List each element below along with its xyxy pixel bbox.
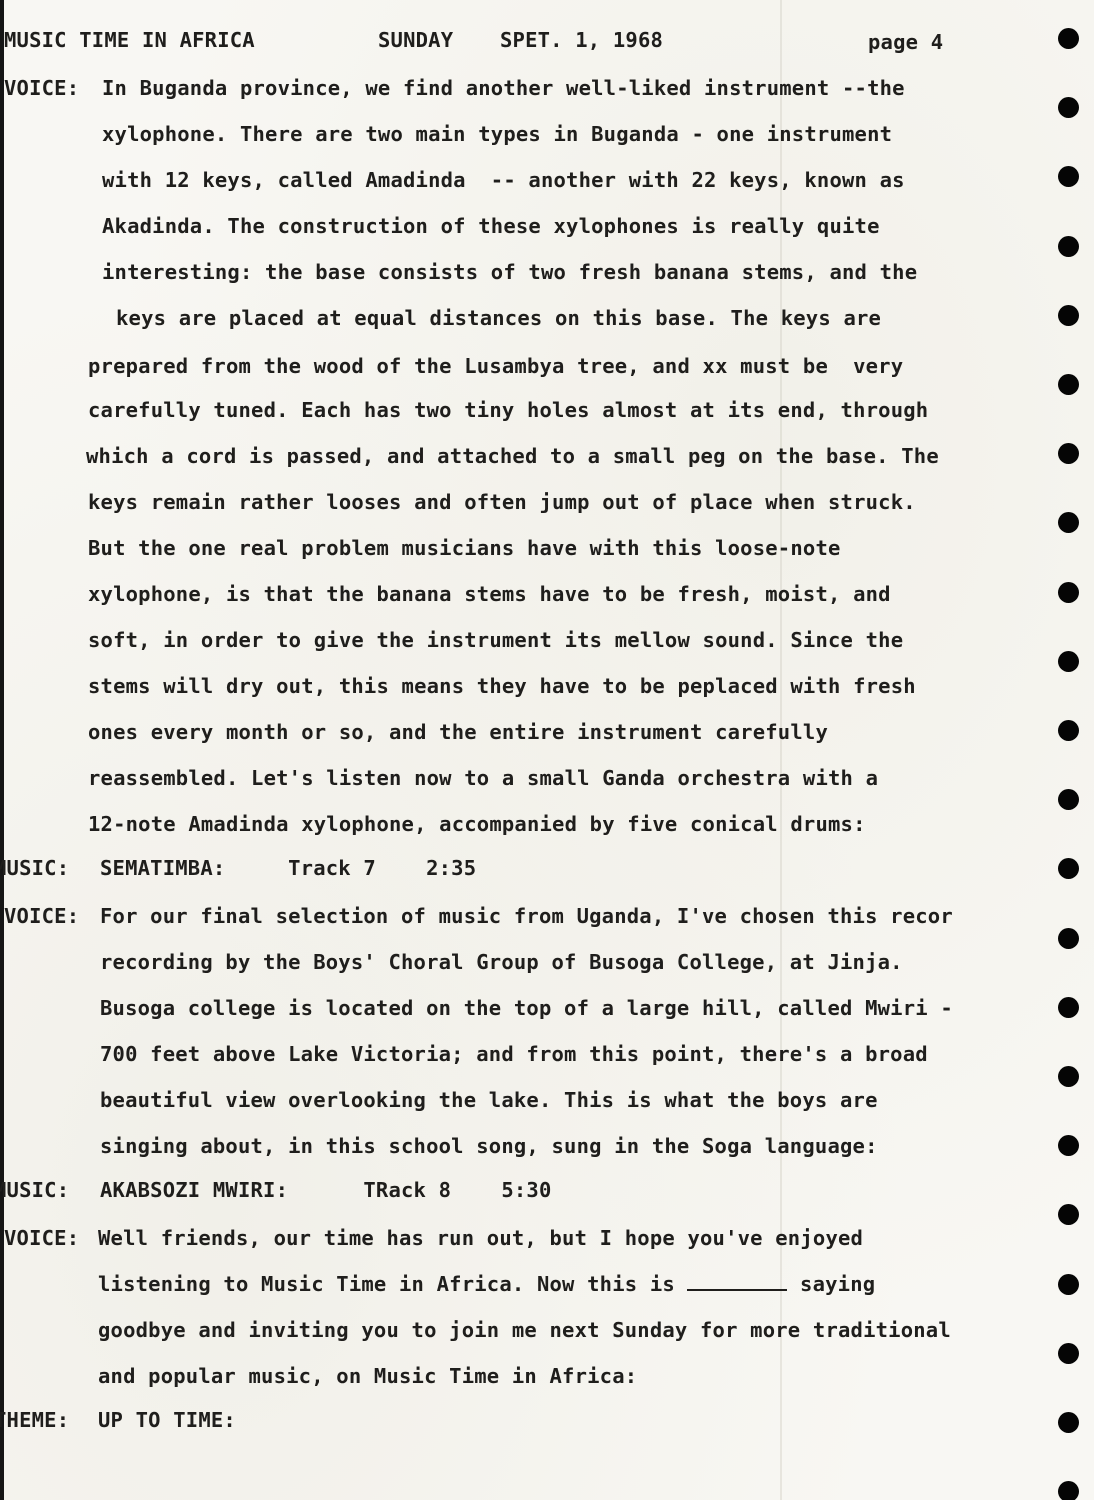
script-line: xylophone, is that the banana stems have… — [88, 582, 891, 606]
header-day: SUNDAY — [378, 28, 453, 52]
script-line-text: xylophone, is that the banana stems have… — [88, 582, 891, 606]
script-line-text: AKABSOZI MWIRI: TRack 8 5:30 — [100, 1178, 552, 1202]
script-line-text: carefully tuned. Each has two tiny holes… — [88, 398, 928, 422]
speaker-label: MUSIC: — [0, 1178, 69, 1202]
punch-hole-icon — [1058, 789, 1079, 810]
script-line-text: Busoga college is located on the top of … — [100, 996, 953, 1020]
punch-hole-icon — [1058, 166, 1079, 187]
punch-hole-icon — [1058, 928, 1079, 949]
script-line: 12-note Amadinda xylophone, accompanied … — [88, 812, 866, 836]
script-line: keys remain rather looses and often jump… — [88, 490, 916, 514]
script-line-text: and popular music, on Music Time in Afri… — [98, 1364, 637, 1388]
script-line: interesting: the base consists of two fr… — [102, 260, 917, 284]
punch-hole-icon — [1058, 1204, 1079, 1225]
punch-hole-icon — [1058, 582, 1079, 603]
script-line-text: 700 feet above Lake Victoria; and from t… — [100, 1042, 928, 1066]
punch-hole-icon — [1058, 305, 1079, 326]
script-line: For our final selection of music from Ug… — [100, 904, 953, 928]
script-line-text: 12-note Amadinda xylophone, accompanied … — [88, 812, 866, 836]
punch-hole-icon — [1058, 858, 1079, 879]
script-line: listening to Music Time in Africa. Now t… — [98, 1272, 875, 1296]
script-line-text: goodbye and inviting you to join me next… — [98, 1318, 951, 1342]
typewritten-page: MUSIC TIME IN AFRICA SUNDAY SPET. 1, 196… — [0, 0, 1094, 1500]
punch-hole-icon — [1058, 1066, 1079, 1087]
speaker-label: VOICE: — [4, 904, 79, 928]
script-line: goodbye and inviting you to join me next… — [98, 1318, 951, 1342]
script-line: In Buganda province, we find another wel… — [102, 76, 905, 100]
script-line-text: For our final selection of music from Ug… — [100, 904, 953, 928]
script-line-text: In Buganda province, we find another wel… — [102, 76, 905, 100]
punch-hole-icon — [1058, 97, 1079, 118]
script-line-text: But the one real problem musicians have … — [88, 536, 841, 560]
script-line: AKABSOZI MWIRI: TRack 8 5:30 — [100, 1178, 552, 1202]
script-line: singing about, in this school song, sung… — [100, 1134, 878, 1158]
script-line-text: prepared from the wood of the Lusambya t… — [88, 354, 903, 378]
speaker-label: VOICE: — [4, 1226, 79, 1250]
script-line: carefully tuned. Each has two tiny holes… — [88, 398, 928, 422]
punch-hole-icon — [1058, 512, 1079, 533]
script-line-text: soft, in order to give the instrument it… — [88, 628, 903, 652]
script-line-text: recording by the Boys' Choral Group of B… — [100, 950, 903, 974]
punch-hole-icon — [1058, 1481, 1079, 1500]
header-program: MUSIC TIME IN AFRICA — [4, 28, 255, 52]
script-line-text: interesting: the base consists of two fr… — [102, 260, 917, 284]
punch-hole-icon — [1058, 28, 1079, 49]
script-line: xylophone. There are two main types in B… — [102, 122, 892, 146]
script-line-text: keys are placed at equal distances on th… — [116, 306, 881, 330]
script-line-text: listening to Music Time in Africa. Now t… — [98, 1272, 687, 1296]
script-line-text: saying — [787, 1272, 875, 1296]
header-date: SPET. 1, 1968 — [500, 28, 663, 52]
punch-hole-icon — [1058, 1274, 1079, 1295]
script-line: SEMATIMBA: Track 7 2:35 — [100, 856, 476, 880]
script-line: beautiful view overlooking the lake. Thi… — [100, 1088, 878, 1112]
script-line: But the one real problem musicians have … — [88, 536, 841, 560]
punch-holes — [1034, 0, 1094, 1500]
punch-hole-icon — [1058, 720, 1079, 741]
script-line: 700 feet above Lake Victoria; and from t… — [100, 1042, 928, 1066]
script-line: keys are placed at equal distances on th… — [116, 306, 881, 330]
script-line-text: with 12 keys, called Amadinda -- another… — [102, 168, 905, 192]
script-line: UP TO TIME: — [98, 1408, 236, 1432]
script-line-text: ones every month or so, and the entire i… — [88, 720, 828, 744]
script-line: with 12 keys, called Amadinda -- another… — [102, 168, 905, 192]
script-line: ones every month or so, and the entire i… — [88, 720, 828, 744]
punch-hole-icon — [1058, 997, 1079, 1018]
script-line-text: keys remain rather looses and often jump… — [88, 490, 916, 514]
script-line: reassembled. Let's listen now to a small… — [88, 766, 878, 790]
script-line: Well friends, our time has run out, but … — [98, 1226, 863, 1250]
script-line: soft, in order to give the instrument it… — [88, 628, 903, 652]
script-line-text: singing about, in this school song, sung… — [100, 1134, 878, 1158]
script-line-text: beautiful view overlooking the lake. Thi… — [100, 1088, 878, 1112]
script-line: Busoga college is located on the top of … — [100, 996, 953, 1020]
announcer-name-blank — [687, 1273, 787, 1291]
script-line: stems will dry out, this means they have… — [88, 674, 916, 698]
script-line-text: Well friends, our time has run out, but … — [98, 1226, 863, 1250]
script-line-text: which a cord is passed, and attached to … — [86, 444, 939, 468]
script-line-text: UP TO TIME: — [98, 1408, 236, 1432]
script-line: which a cord is passed, and attached to … — [86, 444, 939, 468]
punch-hole-icon — [1058, 1412, 1079, 1433]
script-line: recording by the Boys' Choral Group of B… — [100, 950, 903, 974]
speaker-label: MUSIC: — [0, 856, 69, 880]
punch-hole-icon — [1058, 1343, 1079, 1364]
page-left-edge — [0, 0, 4, 1500]
punch-hole-icon — [1058, 651, 1079, 672]
script-line-text: xylophone. There are two main types in B… — [102, 122, 892, 146]
script-line-text: Akadinda. The construction of these xylo… — [102, 214, 880, 238]
speaker-label: VOICE: — [4, 76, 79, 100]
punch-hole-icon — [1058, 374, 1079, 395]
punch-hole-icon — [1058, 1135, 1079, 1156]
script-line: Akadinda. The construction of these xylo… — [102, 214, 880, 238]
speaker-label: THEME: — [0, 1408, 69, 1432]
script-line-text: reassembled. Let's listen now to a small… — [88, 766, 878, 790]
script-line: prepared from the wood of the Lusambya t… — [88, 354, 903, 378]
punch-hole-icon — [1058, 443, 1079, 464]
script-line-text: SEMATIMBA: Track 7 2:35 — [100, 856, 476, 880]
punch-hole-icon — [1058, 236, 1079, 257]
header-page-number: page 4 — [868, 30, 943, 54]
script-line: and popular music, on Music Time in Afri… — [98, 1364, 637, 1388]
script-line-text: stems will dry out, this means they have… — [88, 674, 916, 698]
